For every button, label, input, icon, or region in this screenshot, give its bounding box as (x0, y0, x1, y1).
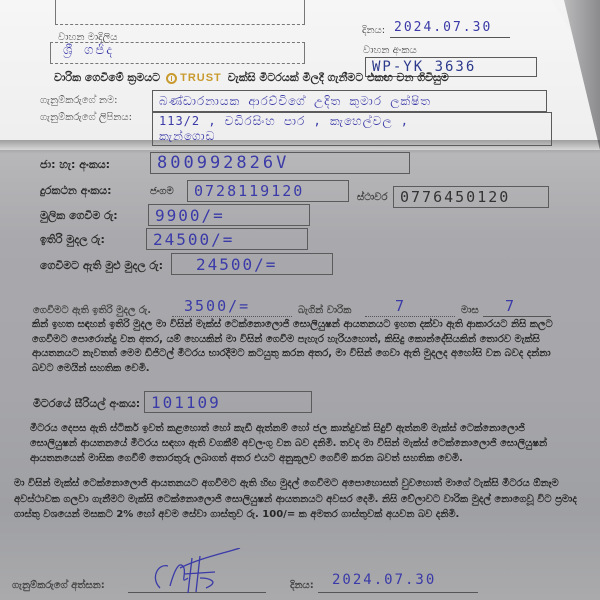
vehicle-model-field[interactable]: ශ්‍රී ගජිද (50, 42, 305, 64)
footer-date-field[interactable]: 2024.07.30 (318, 576, 478, 593)
footer-date-label: දිනය: (290, 580, 314, 591)
total-payable-label: ගෙවීමට ඇති මුළු මුදල රු: (40, 259, 163, 273)
footer-date-value: 2024.07.30 (332, 572, 436, 588)
customer-address-line1: 113/2 , චඩිරසිංහ පාර , කැහෙල්වල , (159, 114, 409, 129)
mobile-value: 0728119120 (194, 182, 304, 200)
mobile-field[interactable]: 0728119120 (187, 180, 349, 202)
meter-warranty-paragraph: මීටරය දෙපස ඇති ස්ටිකර් ඉවත් කළහොත් හෝ කැ… (30, 421, 570, 466)
balance-field[interactable]: 24500/= (146, 228, 308, 250)
phone-label: දුරකථන අංකය: (40, 184, 111, 198)
agreement-title: වාරික ගෙවීමේ ක්‍රමයට TRUST වැක්සි මීටරයක… (54, 71, 449, 85)
customer-address-field[interactable]: 113/2 , චඩිරසිංහ පාර , කැහෙල්වල , කැන්ගො… (152, 112, 552, 146)
vehicle-model-value: ශ්‍රී ගජිද (63, 43, 114, 58)
initial-payment-value: 9900/= (155, 206, 225, 225)
remaining-amount-field[interactable]: 3500/= (172, 300, 292, 317)
agreement-title-prefix: වාරික ගෙවීමේ ක්‍රමයට (54, 71, 160, 85)
total-payable-field[interactable]: 24500/= (171, 253, 333, 275)
customer-name-label: ගැනුම්කරුගේ නම: (40, 95, 118, 106)
customer-address-line2: කැන්ගොඩ (159, 129, 215, 144)
remaining-amount-label: ගෙවීමට ඇති ඉතිරි මුදල රු. (33, 305, 151, 316)
initial-payment-field[interactable]: 9900/= (148, 204, 310, 226)
meter-serial-value: 101109 (151, 393, 221, 412)
meter-serial-label: මීටරයේ සීරියල් අංකය: (33, 397, 140, 411)
trust-logo-icon (166, 73, 177, 84)
installments-value: 7 (395, 297, 406, 315)
late-payment-terms-paragraph: මා විසින් මැක්ස් ටෙක්නොලොජි ආයතනයට අගවීම… (14, 476, 579, 523)
top-date-field[interactable]: 2024.07.30 (390, 23, 510, 38)
total-payable-value: 24500/= (178, 255, 277, 274)
previous-field-box (55, 0, 305, 25)
top-date-label: දිනය: (362, 25, 385, 36)
remaining-amount-value: 3500/= (184, 297, 250, 315)
months-field[interactable]: 7 (483, 300, 551, 317)
landline-value: 0776450120 (400, 188, 510, 206)
customer-name-field[interactable]: බණ්ඩාරනායක ආරච්චිගේ උදිත කුමාර ලක්ෂිත (152, 90, 547, 112)
months-value: 7 (505, 297, 516, 315)
nic-field[interactable]: 800992826V (150, 152, 410, 174)
customer-address-label: ගැනුම්කරුගේ ලිපිනය: (40, 112, 132, 123)
agreement-title-suffix: වැක්සි මීටරයක් මිලදී ගැනීමට එකඟ වන ගිවිස… (228, 71, 449, 85)
installments-field[interactable]: 7 (365, 300, 455, 317)
months-label: මාස (461, 305, 479, 316)
meter-serial-field[interactable]: 101109 (144, 391, 312, 413)
landline-field[interactable]: 0776450120 (393, 186, 549, 208)
installment-terms-paragraph: කින් ඉහත සඳහන් ඉතිරි මුදල මා විසින් මැක්… (32, 318, 567, 376)
nic-label: ජා: හැ: අංකය: (40, 158, 110, 172)
trust-brand-name: TRUST (180, 72, 222, 84)
vehicle-number-label: වාහන අංකය (363, 45, 417, 56)
signature-label: ගැනුම්කරුගේ අත්සන: (12, 580, 105, 591)
mobile-label: ජංගම (150, 186, 174, 197)
installments-label: බැගින් වාරික (298, 305, 351, 316)
balance-value: 24500/= (153, 230, 234, 249)
initial-payment-label: මුලික ගෙවීම රු: (40, 209, 118, 223)
landline-label: ස්ථාවර (357, 192, 387, 203)
trust-logo: TRUST (166, 72, 222, 84)
balance-label: ඉතිරි මුදල රු: (40, 233, 105, 247)
customer-name-value: බණ්ඩාරනායක ආරච්චිගේ උදිත කුමාර ලක්ෂිත (159, 94, 431, 109)
nic-value: 800992826V (157, 153, 289, 173)
customer-signature (140, 548, 250, 598)
top-date-value: 2024.07.30 (394, 20, 492, 35)
